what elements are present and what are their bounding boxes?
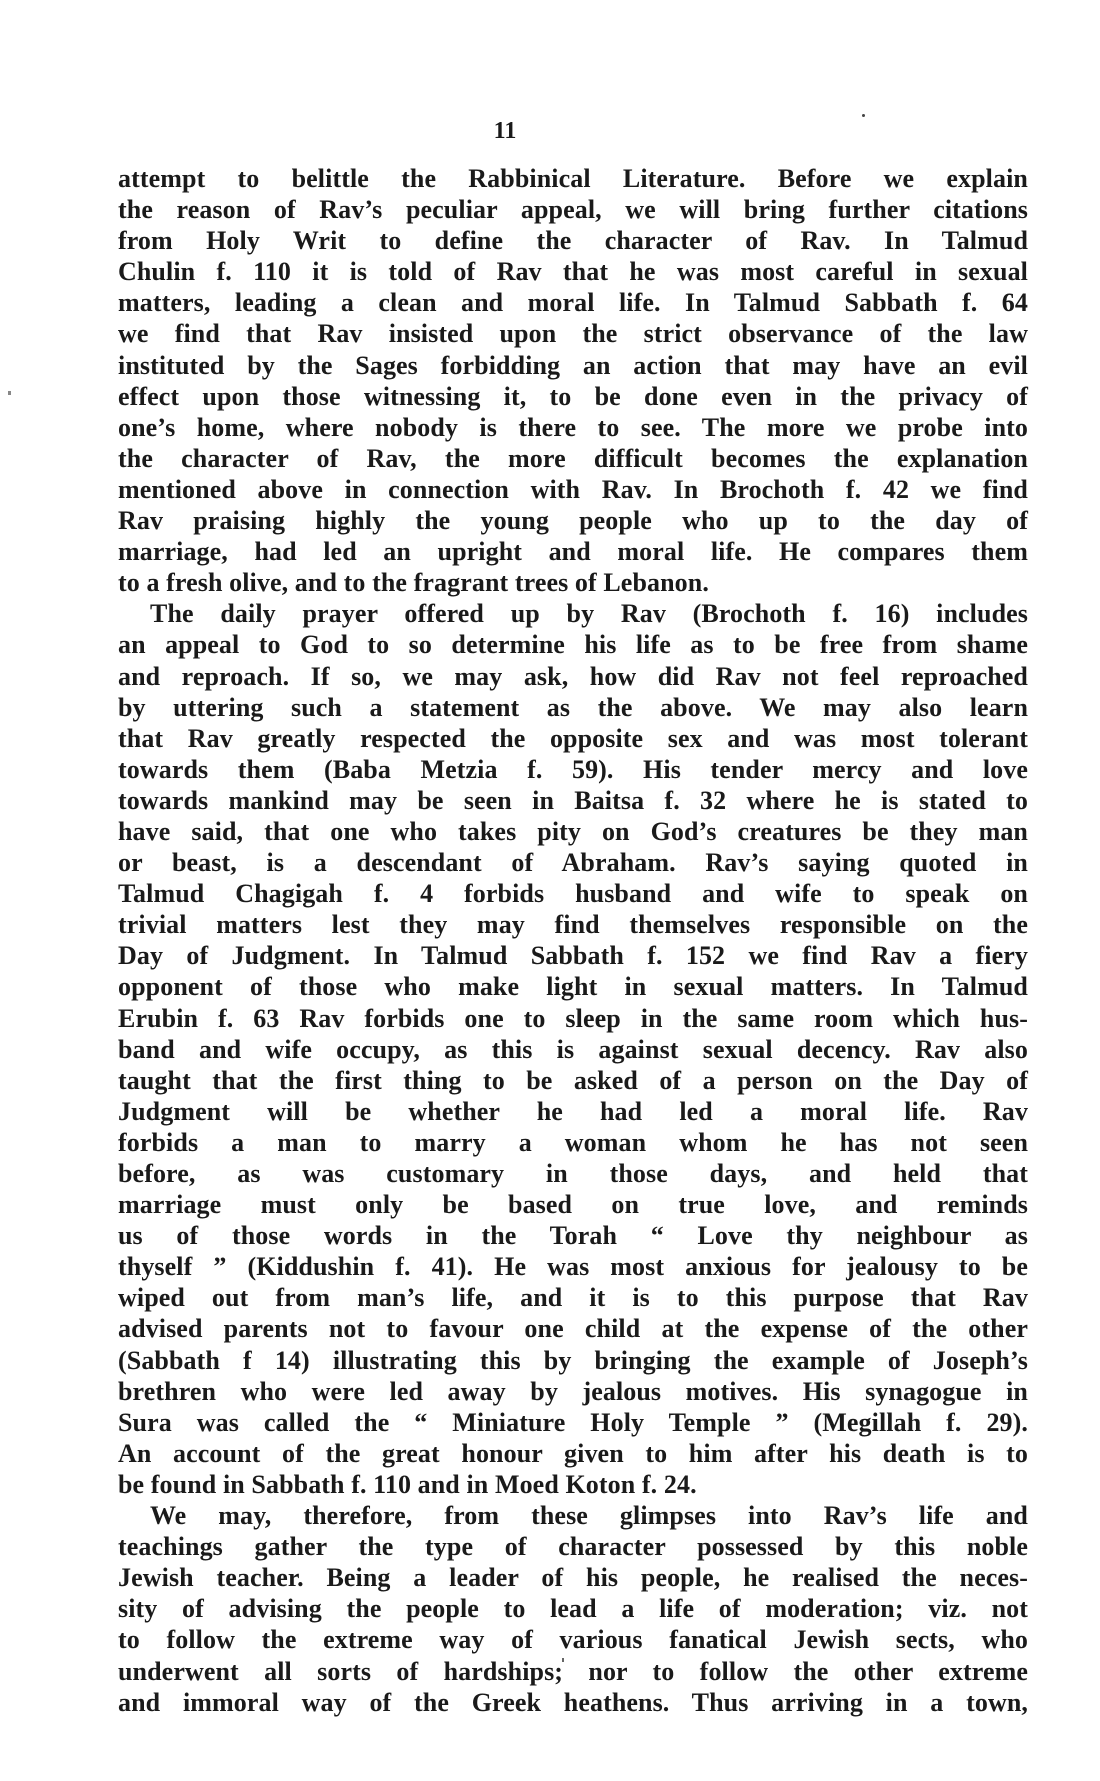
- text-line: towards mankind may be seen in Baitsa f.…: [118, 785, 1028, 816]
- text-line: marriage, had led an upright and moral l…: [118, 536, 1028, 567]
- text-line: band and wife occupy, as this is against…: [118, 1034, 1028, 1065]
- page-number: 11: [0, 118, 1010, 145]
- text-line: Chulin f. 110 it is told of Rav that he …: [118, 256, 1028, 287]
- text-line: matters, leading a clean and moral life.…: [118, 287, 1028, 318]
- text-line: towards them (Baba Metzia f. 59). His te…: [118, 754, 1028, 785]
- text-line: An account of the great honour given to …: [118, 1438, 1028, 1469]
- text-line: underwent all sorts of hardships; nor to…: [118, 1656, 1028, 1687]
- text-line: to follow the extreme way of various fan…: [118, 1624, 1028, 1655]
- body-text: attempt to belittle the Rabbinical Liter…: [118, 163, 1028, 1718]
- text-line: We may, therefore, from these glimpses i…: [118, 1500, 1028, 1531]
- margin-mark: [8, 391, 11, 395]
- text-line: forbids a man to marry a woman whom he h…: [118, 1127, 1028, 1158]
- text-line: before, as was customary in those days, …: [118, 1158, 1028, 1189]
- text-line: and immoral way of the Greek heathens. T…: [118, 1687, 1028, 1718]
- text-line: Day of Judgment. In Talmud Sabbath f. 15…: [118, 940, 1028, 971]
- text-line: Judgment will be whether he had led a mo…: [118, 1096, 1028, 1127]
- text-line: by uttering such a statement as the abov…: [118, 692, 1028, 723]
- text-line: sity of advising the people to lead a li…: [118, 1593, 1028, 1624]
- scan-speck-bottom: [562, 1658, 564, 1662]
- text-line: (Sabbath f 14) illustrating this by brin…: [118, 1345, 1028, 1376]
- text-line: trivial matters lest they may find thems…: [118, 909, 1028, 940]
- text-line: from Holy Writ to define the character o…: [118, 225, 1028, 256]
- text-line: advised parents not to favour one child …: [118, 1313, 1028, 1344]
- text-line: to a fresh olive, and to the fragrant tr…: [118, 567, 1028, 598]
- text-line: Erubin f. 63 Rav forbids one to sleep in…: [118, 1003, 1028, 1034]
- text-line: attempt to belittle the Rabbinical Liter…: [118, 163, 1028, 194]
- scanned-page: 11 attempt to belittle the Rabbinical Li…: [0, 0, 1100, 1781]
- text-line: or beast, is a descendant of Abraham. Ra…: [118, 847, 1028, 878]
- text-line: Rav praising highly the young people who…: [118, 505, 1028, 536]
- text-line: and reproach. If so, we may ask, how did…: [118, 661, 1028, 692]
- text-line: an appeal to God to so determine his lif…: [118, 629, 1028, 660]
- text-line: taught that the first thing to be asked …: [118, 1065, 1028, 1096]
- scan-speck: [862, 114, 865, 117]
- text-line: wiped out from man’s life, and it is to …: [118, 1282, 1028, 1313]
- text-line: that Rav greatly respected the opposite …: [118, 723, 1028, 754]
- text-line: Jewish teacher. Being a leader of his pe…: [118, 1562, 1028, 1593]
- text-line: one’s home, where nobody is there to see…: [118, 412, 1028, 443]
- text-line: marriage must only be based on true love…: [118, 1189, 1028, 1220]
- text-line: mentioned above in connection with Rav. …: [118, 474, 1028, 505]
- text-line: opponent of those who make light in sexu…: [118, 971, 1028, 1002]
- text-line: brethren who were led away by jealous mo…: [118, 1376, 1028, 1407]
- text-line: effect upon those witnessing it, to be d…: [118, 381, 1028, 412]
- text-line: the reason of Rav’s peculiar appeal, we …: [118, 194, 1028, 225]
- text-line: teachings gather the type of character p…: [118, 1531, 1028, 1562]
- text-line: be found in Sabbath f. 110 and in Moed K…: [118, 1469, 1028, 1500]
- text-line: Sura was called the “ Miniature Holy Tem…: [118, 1407, 1028, 1438]
- text-line: The daily prayer offered up by Rav (Broc…: [118, 598, 1028, 629]
- text-line: us of those words in the Torah “ Love th…: [118, 1220, 1028, 1251]
- text-line: have said, that one who takes pity on Go…: [118, 816, 1028, 847]
- text-line: the character of Rav, the more difficult…: [118, 443, 1028, 474]
- text-line: Talmud Chagigah f. 4 forbids husband and…: [118, 878, 1028, 909]
- text-line: we find that Rav insisted upon the stric…: [118, 318, 1028, 349]
- text-line: thyself ” (Kiddushin f. 41). He was most…: [118, 1251, 1028, 1282]
- text-line: instituted by the Sages forbidding an ac…: [118, 350, 1028, 381]
